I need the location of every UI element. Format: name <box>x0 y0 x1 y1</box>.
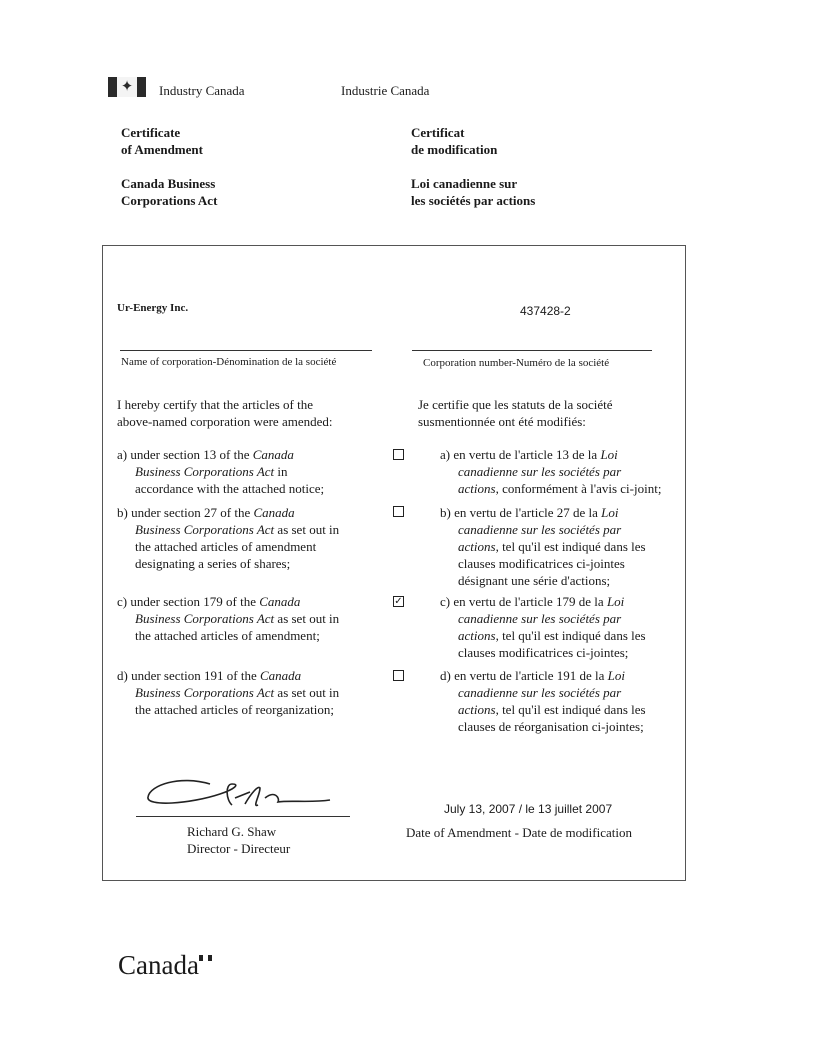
act-en: Canada Business Corporations Act <box>121 175 217 209</box>
signature-line <box>136 816 350 817</box>
option-b-en: b) under section 27 of the Canada Busine… <box>117 504 339 572</box>
name-label: Name of corporation-Dénomination de la s… <box>121 356 336 368</box>
option-c-checkbox[interactable]: ✓ <box>393 596 404 607</box>
canada-flag-icon: ✦ <box>108 77 146 97</box>
option-c-fr: c) en vertu de l'article 179 de la Loi c… <box>440 593 646 661</box>
title-en: Certificate of Amendment <box>121 124 203 158</box>
intro-en: I hereby certify that the articles of th… <box>117 396 332 430</box>
option-b-fr: b) en vertu de l'article 27 de la Loi ca… <box>440 504 646 589</box>
amendment-date: July 13, 2007 / le 13 juillet 2007 <box>444 802 612 816</box>
date-label: Date of Amendment - Date de modification <box>406 824 632 841</box>
canada-wordmark-flag-icon <box>199 955 212 961</box>
corporation-number: 437428-2 <box>520 304 571 318</box>
option-c-en: c) under section 179 of the Canada Busin… <box>117 593 339 644</box>
number-label: Corporation number-Numéro de la société <box>423 357 609 369</box>
option-a-checkbox[interactable] <box>393 449 404 460</box>
signature-image <box>140 770 340 820</box>
check-mark-icon: ✓ <box>394 596 402 607</box>
option-a-en: a) under section 13 of the Canada Busine… <box>117 446 324 497</box>
dept-name-en: Industry Canada <box>159 83 245 99</box>
title-fr: Certificat de modification <box>411 124 497 158</box>
option-b-checkbox[interactable] <box>393 506 404 517</box>
dept-name-fr: Industrie Canada <box>341 83 429 99</box>
act-fr: Loi canadienne sur les sociétés par acti… <box>411 175 535 209</box>
canada-wordmark: Canada <box>118 950 199 981</box>
name-line <box>120 350 372 351</box>
option-d-fr: d) en vertu de l'article 191 de la Loi c… <box>440 667 646 735</box>
option-a-fr: a) en vertu de l'article 13 de la Loi ca… <box>440 446 661 497</box>
intro-fr: Je certifie que les statuts de la sociét… <box>418 396 613 430</box>
signatory: Richard G. Shaw Director - Directeur <box>187 823 290 857</box>
corporation-name: Ur-Energy Inc. <box>117 302 188 314</box>
option-d-en: d) under section 191 of the Canada Busin… <box>117 667 339 718</box>
option-d-checkbox[interactable] <box>393 670 404 681</box>
number-line <box>412 350 652 351</box>
